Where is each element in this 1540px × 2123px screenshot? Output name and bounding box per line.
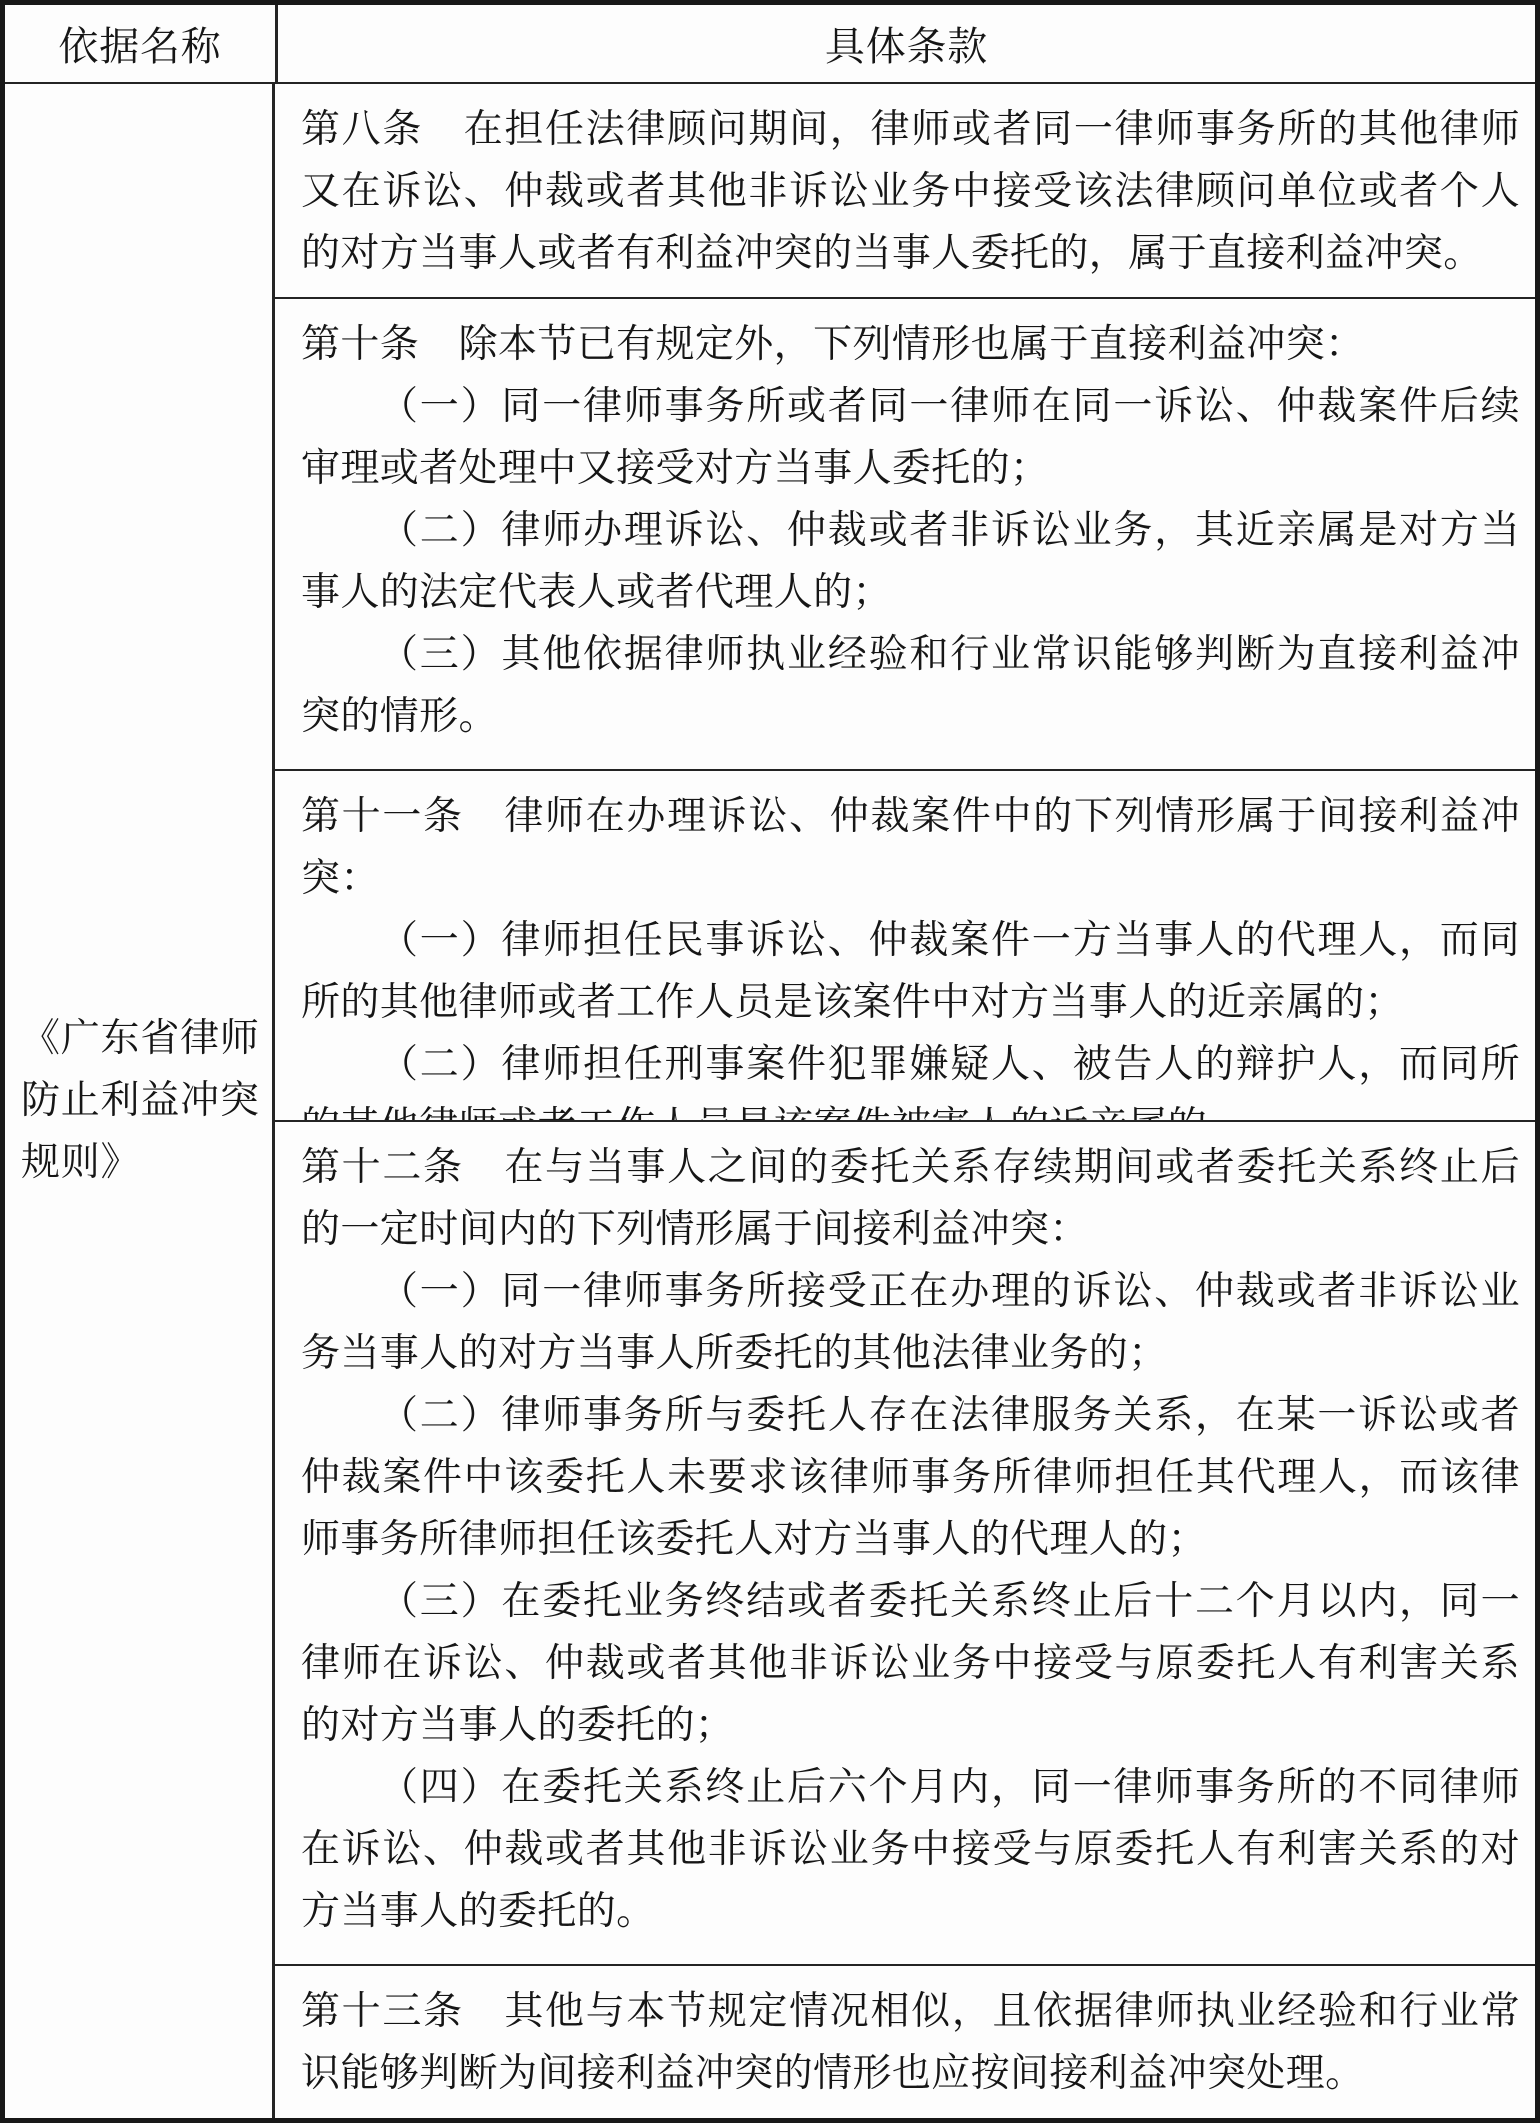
basis-name-cell: 《广东省律师 防止利益冲突 规则》 [5,84,275,2118]
clause-row-article-8: 第八条 在担任法律顾问期间，律师或者同一律师事务所的其他律师又在诉讼、仲裁或者其… [275,84,1535,299]
clause-row-article-10: 第十条 除本节已有规定外，下列情形也属于直接利益冲突：（一）同一律师事务所或者同… [275,299,1535,771]
clause-paragraph: 第十三条 其他与本节规定情况相似，且依据律师执业经验和行业常识能够判断为间接利益… [301,1981,1520,2105]
clause-row-article-12: 第十二条 在与当事人之间的委托关系存续期间或者委托关系终止后的一定时间内的下列情… [275,1122,1535,1966]
clause-paragraph: （一）律师担任民事诉讼、仲裁案件一方当事人的代理人，而同所的其他律师或者工作人员… [301,910,1520,1034]
clause-paragraph: （一）同一律师事务所或者同一律师在同一诉讼、仲裁案件后续审理或者处理中又接受对方… [301,376,1520,500]
clause-paragraph: 第八条 在担任法律顾问期间，律师或者同一律师事务所的其他律师又在诉讼、仲裁或者其… [301,99,1520,285]
basis-name-line-3: 规则》 [21,1132,266,1194]
document-page: 依据名称 具体条款 《广东省律师 防止利益冲突 规则》 第八条 在担任法律顾问期… [0,0,1540,2123]
clause-paragraph: （二）律师事务所与委托人存在法律服务关系，在某一诉讼或者仲裁案件中该委托人未要求… [301,1385,1520,1571]
clause-paragraph: （四）在委托关系终止后六个月内，同一律师事务所的不同律师在诉讼、仲裁或者其他非诉… [301,1757,1520,1943]
clause-paragraph: （三）其他依据律师执业经验和行业常识能够判断为直接利益冲突的情形。 [301,624,1520,748]
basis-name-line-1: 《广东省律师 [21,1008,266,1070]
header-cell-clauses: 具体条款 [278,5,1535,82]
clause-paragraph: 第十条 除本节已有规定外，下列情形也属于直接利益冲突： [301,314,1520,376]
clause-paragraph: 第十一条 律师在办理诉讼、仲裁案件中的下列情形属于间接利益冲突： [301,786,1520,910]
clause-paragraph: （二）律师担任刑事案件犯罪嫌疑人、被告人的辩护人，而同所的其他律师或者工作人员是… [301,1034,1520,1122]
table-header-row: 依据名称 具体条款 [5,5,1535,84]
header-clauses-label: 具体条款 [825,15,988,72]
clause-paragraph: （三）在委托业务终结或者委托关系终止后十二个月以内，同一律师在诉讼、仲裁或者其他… [301,1571,1520,1757]
clause-row-article-13: 第十三条 其他与本节规定情况相似，且依据律师执业经验和行业常识能够判断为间接利益… [275,1966,1535,2118]
clauses-column: 第八条 在担任法律顾问期间，律师或者同一律师事务所的其他律师又在诉讼、仲裁或者其… [275,84,1535,2118]
header-basis-label: 依据名称 [58,15,221,72]
clause-paragraph: 第十二条 在与当事人之间的委托关系存续期间或者委托关系终止后的一定时间内的下列情… [301,1137,1520,1261]
clause-row-article-11: 第十一条 律师在办理诉讼、仲裁案件中的下列情形属于间接利益冲突：（一）律师担任民… [275,771,1535,1122]
table-body-row: 《广东省律师 防止利益冲突 规则》 第八条 在担任法律顾问期间，律师或者同一律师… [5,84,1535,2118]
clause-paragraph: （一）同一律师事务所接受正在办理的诉讼、仲裁或者非诉讼业务当事人的对方当事人所委… [301,1261,1520,1385]
header-cell-basis-name: 依据名称 [5,5,278,82]
basis-name-line-2: 防止利益冲突 [21,1070,266,1132]
clause-paragraph: （二）律师办理诉讼、仲裁或者非诉讼业务，其近亲属是对方当事人的法定代表人或者代理… [301,500,1520,624]
